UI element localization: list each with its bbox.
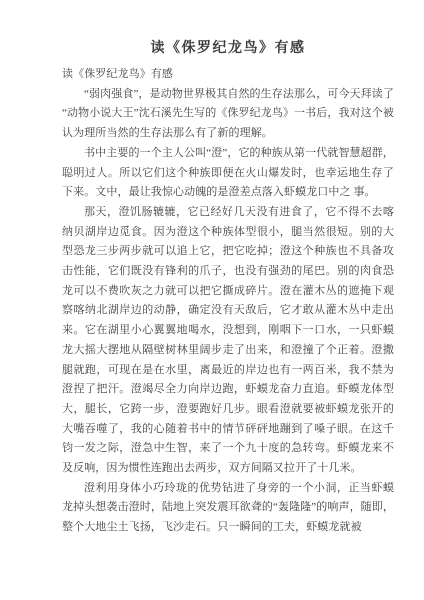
paragraph-repeat-title-line: 读《侏罗纪龙鸟》有感 [62,65,394,85]
document-body: 读《侏罗纪龙鸟》有感 “弱肉强食”，是动物世界极其自然的生存法那么，可今天拜读了… [62,65,394,538]
paragraph-chase-scene: 那天，澄饥肠辘辘，它已经好几天没有进食了，它不得不去喀纳贝湖岸边觅食。因为澄这个… [62,203,394,479]
document-title: 读《侏罗纪龙鸟》有感 [62,40,394,58]
paragraph-escape-cutoff: 澄利用身体小巧玲珑的优势钻进了身旁的一个小洞，正当虾蟆龙掉头想袭击澄时，陆地上突… [62,479,394,538]
paragraph-protagonist: 书中主要的一个主人公叫“澄”，它的种族从第一代就智慧超群，聪明过人。所以它们这个… [62,144,394,203]
paragraph-intro: “弱肉强食”，是动物世界极其自然的生存法那么，可今天拜读了“动物小说大王”沈石溪… [62,85,394,144]
document-page: 读《侏罗纪龙鸟》有感 读《侏罗纪龙鸟》有感 “弱肉强食”，是动物世界极其自然的生… [0,0,424,600]
